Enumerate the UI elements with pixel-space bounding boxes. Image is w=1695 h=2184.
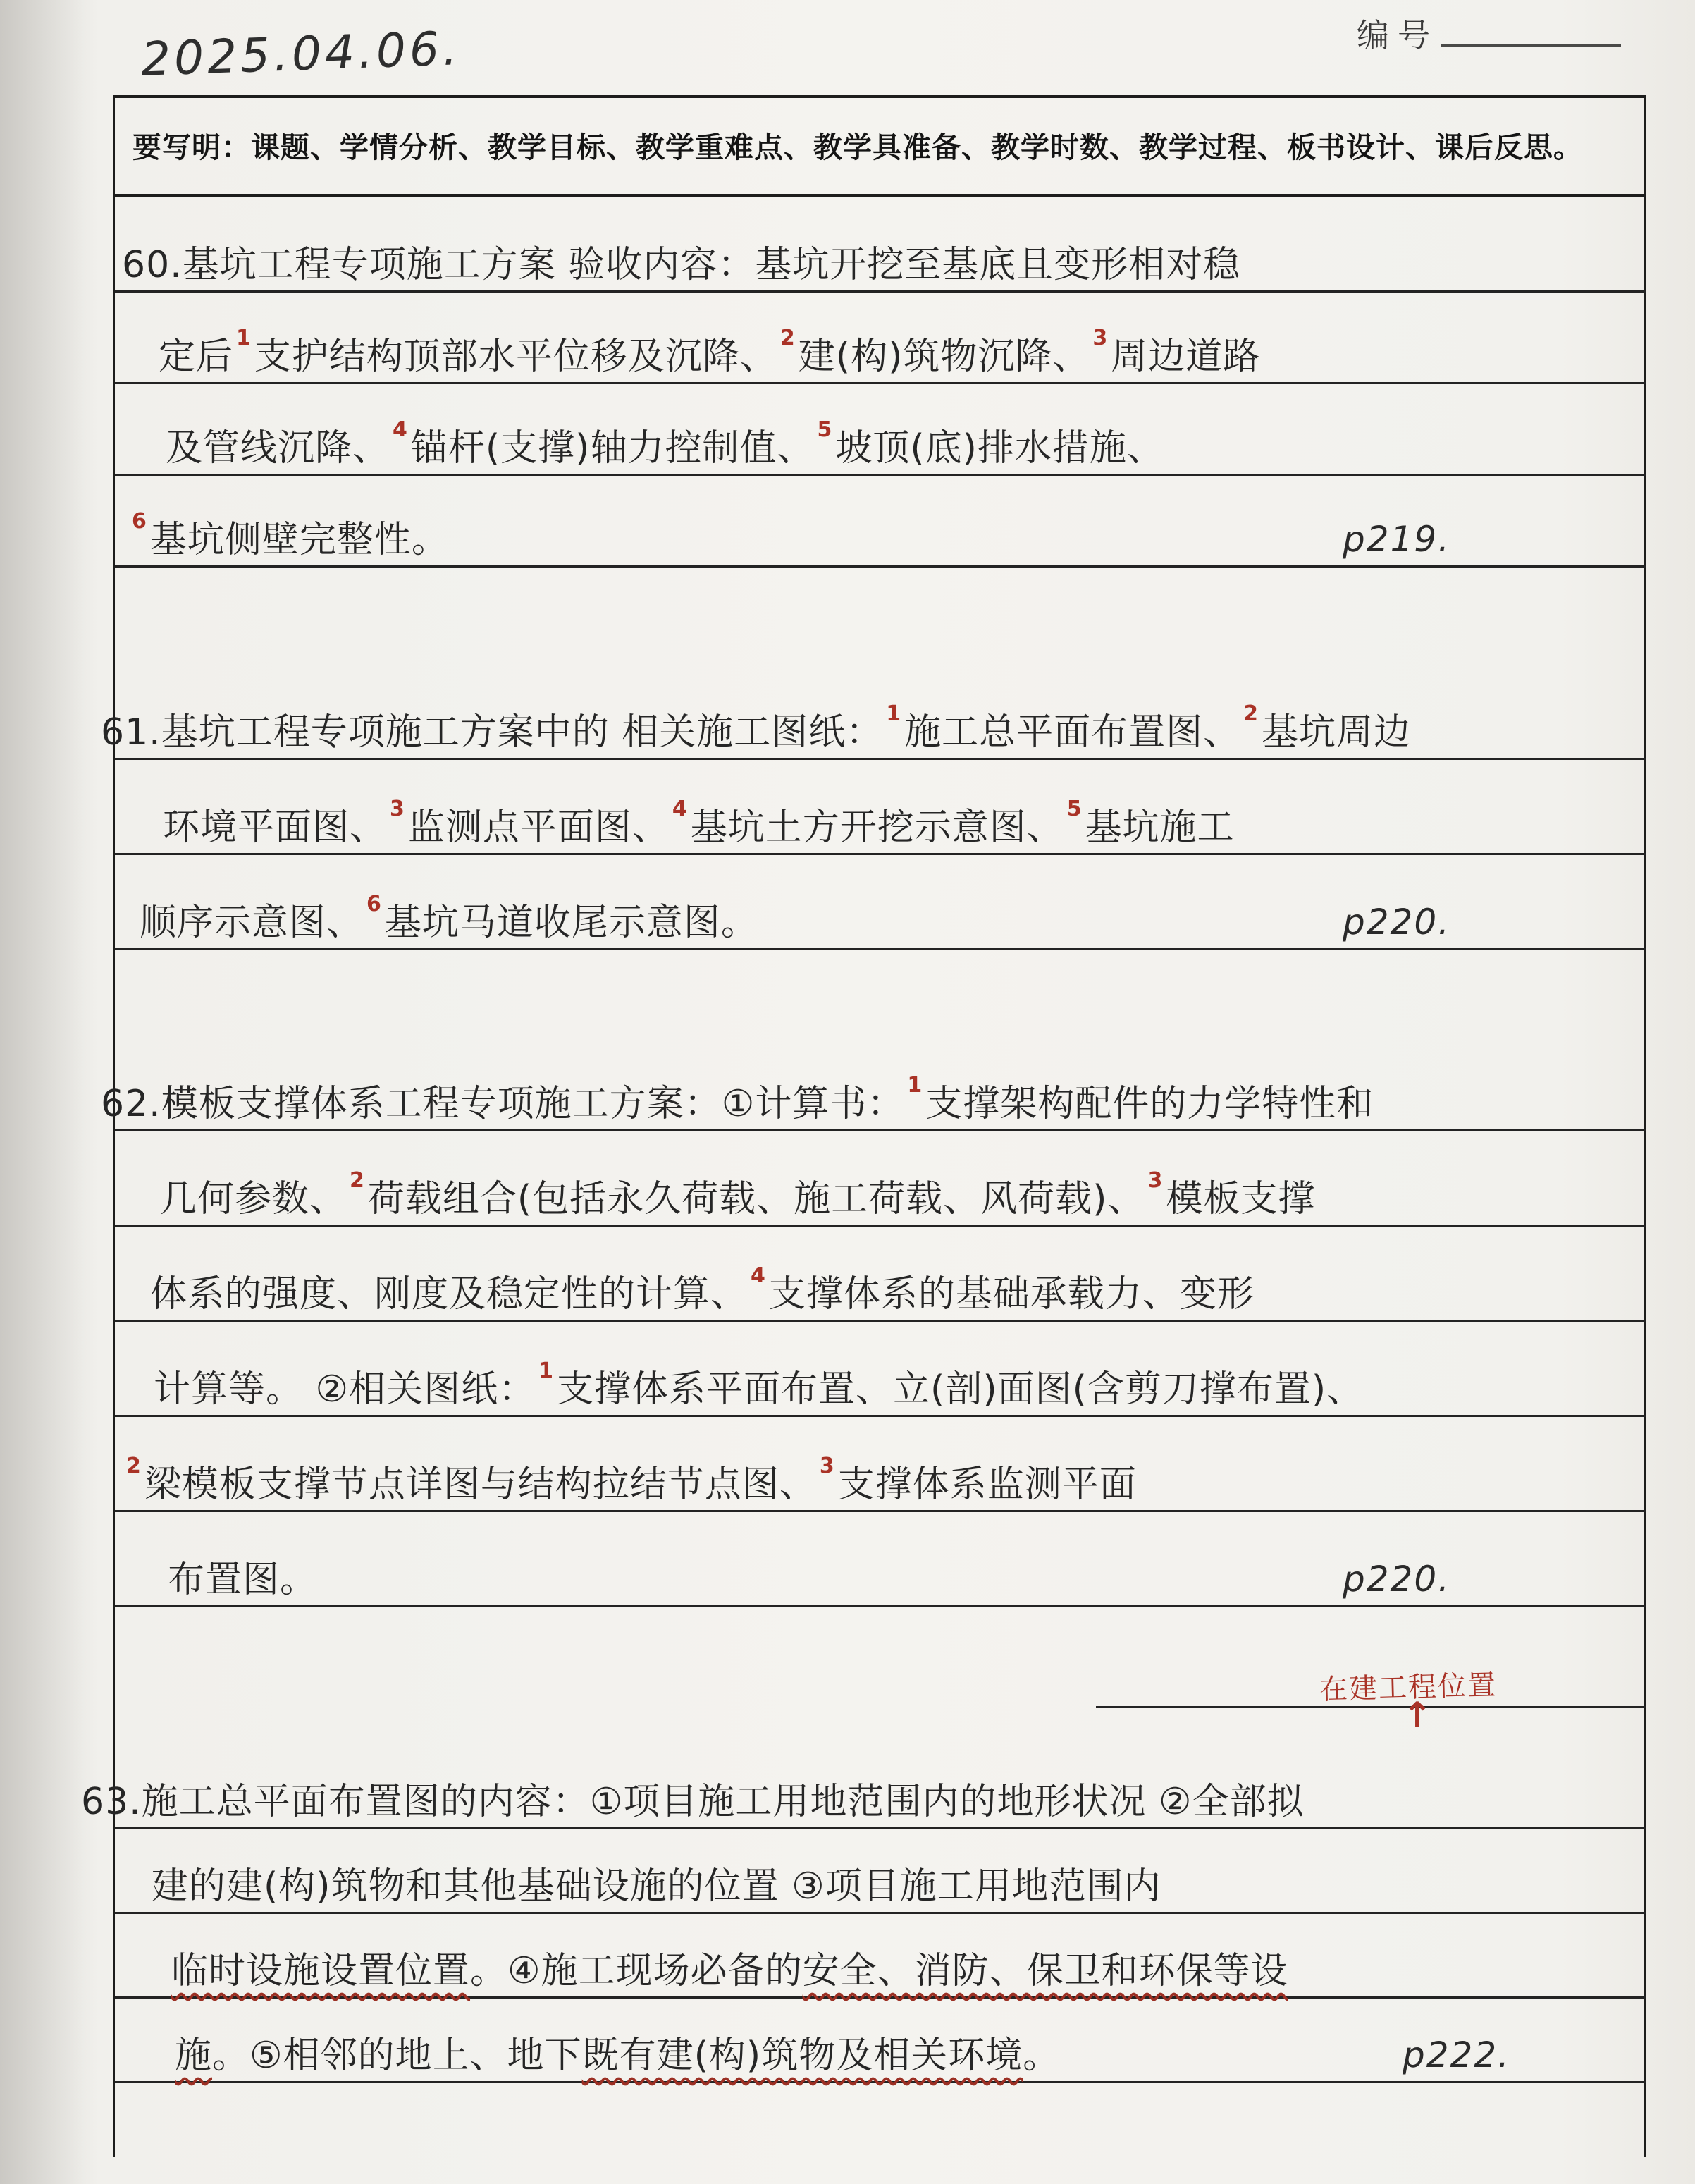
red-underlined-text: 安全、消防、保卫和环保等设 bbox=[803, 1950, 1288, 1992]
text-run: 建的建(构)筑物和其他基础设施的位置 ③项目施工用地范围内 bbox=[152, 1865, 1161, 1908]
text-run: 顺序示意图、 bbox=[140, 902, 364, 944]
text-run: 荷载组合(包括永久荷载、施工荷载、风荷载)、 bbox=[368, 1178, 1145, 1220]
handwritten-text: 及管线沉降、4锚杆(支撑)轴力控制值、5坡顶(底)排水措施、 bbox=[166, 418, 1164, 471]
note-62-line-2: 几何参数、2荷载组合(包括永久荷载、施工荷载、风荷载)、3模板支撑 bbox=[115, 1148, 1646, 1227]
note-61-line-3: 顺序示意图、6基坑马道收尾示意图。p220. bbox=[115, 871, 1646, 950]
red-superscript-number: 6 bbox=[132, 509, 147, 534]
note-62-line-5: 2梁模板支撑节点详图与结构拉结节点图、3支撑体系监测平面 bbox=[115, 1433, 1646, 1512]
page-reference: p220. bbox=[1343, 1559, 1450, 1600]
text-run: 计算等。 ②相关图纸： bbox=[154, 1368, 536, 1411]
text-run: 基坑侧壁完整性。 bbox=[150, 519, 449, 561]
handwritten-text: 2梁模板支撑节点详图与结构拉结节点图、3支撑体系监测平面 bbox=[123, 1454, 1137, 1507]
red-superscript-number: 2 bbox=[350, 1168, 365, 1193]
red-superscript-number: 2 bbox=[1243, 701, 1259, 726]
red-superscript-number: 2 bbox=[126, 1454, 142, 1478]
text-run: 几何参数、 bbox=[160, 1178, 347, 1220]
red-underlined-text: 施 bbox=[175, 2035, 212, 2077]
text-run: 。 bbox=[1023, 2035, 1060, 2077]
handwritten-text: 临时设施设置位置。④施工现场必备的安全、消防、保卫和环保等设 bbox=[171, 1941, 1288, 1994]
text-run: 建(构)筑物沉降、 bbox=[799, 336, 1090, 378]
handwritten-text: 顺序示意图、6基坑马道收尾示意图。 bbox=[140, 892, 758, 945]
red-up-arrow: ↑ bbox=[1403, 1695, 1432, 1736]
red-superscript-number: 5 bbox=[1067, 797, 1083, 821]
text-run: 基坑马道收尾示意图。 bbox=[385, 902, 758, 944]
text-run: 支撑体系的基础承载力、变形 bbox=[769, 1273, 1255, 1315]
red-superscript-number: 1 bbox=[538, 1358, 554, 1383]
text-run: 。④施工现场必备的 bbox=[470, 1950, 803, 1992]
text-run: 环境平面图、 bbox=[163, 806, 387, 849]
handwritten-text: 布置图。 bbox=[168, 1550, 317, 1602]
red-superscript-number: 2 bbox=[780, 326, 796, 350]
text-run: 61.基坑工程专项施工方案中的 相关施工图纸： bbox=[101, 711, 883, 754]
printed-instruction: 要写明：课题、学情分析、教学目标、教学重难点、教学具准备、教学时数、教学过程、板… bbox=[132, 124, 1583, 166]
handwritten-text: 几何参数、2荷载组合(包括永久荷载、施工荷载、风荷载)、3模板支撑 bbox=[160, 1169, 1315, 1222]
note-63-line-3: 临时设施设置位置。④施工现场必备的安全、消防、保卫和环保等设 bbox=[115, 1920, 1646, 1999]
text-run: 模板支撑 bbox=[1166, 1178, 1315, 1220]
note-63-line-2: 建的建(构)筑物和其他基础设施的位置 ③项目施工用地范围内 bbox=[115, 1835, 1646, 1914]
text-run: 62.模板支撑体系工程专项施工方案：①计算书： bbox=[101, 1083, 904, 1125]
text-run: 监测点平面图、 bbox=[408, 806, 670, 849]
text-run: 定后 bbox=[159, 336, 233, 378]
scanned-notebook-page: 2025.04.06. 编号 要写明：课题、学情分析、教学目标、教学重难点、教学… bbox=[0, 0, 1695, 2184]
red-superscript-number: 5 bbox=[817, 417, 832, 442]
text-run: 支撑体系监测平面 bbox=[838, 1464, 1137, 1506]
red-superscript-number: 3 bbox=[390, 797, 405, 821]
text-run: 基坑土方开挖示意图、 bbox=[691, 806, 1064, 849]
page-reference: p222. bbox=[1403, 2035, 1510, 2075]
note-62-line-4: 计算等。 ②相关图纸：1支撑体系平面布置、立(剖)面图(含剪刀撑布置)、 bbox=[115, 1338, 1646, 1417]
text-run: 基坑周边 bbox=[1262, 711, 1411, 754]
handwritten-text: 6基坑侧壁完整性。 bbox=[129, 510, 449, 563]
serial-blank-line bbox=[1441, 13, 1621, 47]
text-run: 施工总平面布置图、 bbox=[904, 711, 1240, 754]
serial-label: 编号 bbox=[1357, 16, 1438, 54]
text-run: 布置图。 bbox=[168, 1559, 317, 1601]
handwritten-text: 定后1支护结构顶部水平位移及沉降、2建(构)筑物沉降、3周边道路 bbox=[159, 326, 1260, 379]
text-run: 支护结构顶部水平位移及沉降、 bbox=[254, 336, 777, 378]
handwritten-text: 建的建(构)筑物和其他基础设施的位置 ③项目施工用地范围内 bbox=[152, 1856, 1161, 1909]
note-61-line-2: 环境平面图、3监测点平面图、4基坑土方开挖示意图、5基坑施工 bbox=[115, 776, 1646, 855]
note-60-line-4: 6基坑侧壁完整性。p219. bbox=[115, 489, 1646, 568]
text-run: 63.施工总平面布置图的内容：①项目施工用地范围内的地形状况 ②全部拟 bbox=[81, 1781, 1304, 1823]
note-62-line-3: 体系的强度、刚度及稳定性的计算、4支撑体系的基础承载力、变形 bbox=[115, 1243, 1646, 1322]
handwritten-text: 计算等。 ②相关图纸：1支撑体系平面布置、立(剖)面图(含剪刀撑布置)、 bbox=[154, 1359, 1364, 1412]
red-superscript-number: 1 bbox=[886, 701, 901, 726]
text-run: 坡顶(底)排水措施、 bbox=[835, 427, 1164, 470]
red-underlined-text: 临时设施设置位置 bbox=[171, 1950, 470, 1992]
note-60-line-3: 及管线沉降、4锚杆(支撑)轴力控制值、5坡顶(底)排水措施、 bbox=[115, 397, 1646, 476]
handwritten-text: 施。⑤相邻的地上、地下既有建(构)筑物及相关环境。 bbox=[175, 2025, 1060, 2078]
handwritten-date: 2025.04.06. bbox=[140, 21, 462, 87]
partial-rule-line bbox=[1096, 1706, 1646, 1708]
text-run: 体系的强度、刚度及稳定性的计算、 bbox=[150, 1273, 748, 1315]
text-run: 及管线沉降、 bbox=[166, 427, 390, 470]
red-superscript-number: 3 bbox=[1092, 326, 1108, 350]
handwritten-text: 环境平面图、3监测点平面图、4基坑土方开挖示意图、5基坑施工 bbox=[163, 797, 1235, 850]
form-header-box: 要写明：课题、学情分析、教学目标、教学重难点、教学具准备、教学时数、教学过程、板… bbox=[113, 95, 1646, 197]
note-60-line-1: 60.基坑工程专项施工方案 验收内容：基坑开挖至基底且变形相对稳 bbox=[115, 214, 1646, 293]
handwritten-text: 61.基坑工程专项施工方案中的 相关施工图纸：1施工总平面布置图、2基坑周边 bbox=[101, 702, 1411, 755]
serial-number-field: 编号 bbox=[1357, 10, 1621, 56]
text-run: 周边道路 bbox=[1111, 336, 1260, 378]
note-61-line-1: 61.基坑工程专项施工方案中的 相关施工图纸：1施工总平面布置图、2基坑周边 bbox=[115, 681, 1646, 760]
text-run: 支撑体系平面布置、立(剖)面图(含剪刀撑布置)、 bbox=[557, 1368, 1364, 1411]
red-superscript-number: 1 bbox=[907, 1073, 923, 1098]
note-60-line-2: 定后1支护结构顶部水平位移及沉降、2建(构)筑物沉降、3周边道路 bbox=[115, 305, 1646, 384]
red-superscript-number: 3 bbox=[1147, 1168, 1163, 1193]
text-run: 梁模板支撑节点详图与结构拉结节点图、 bbox=[144, 1464, 817, 1506]
handwritten-text: 63.施工总平面布置图的内容：①项目施工用地范围内的地形状况 ②全部拟 bbox=[81, 1772, 1304, 1824]
note-62-line-6: 布置图。p220. bbox=[115, 1528, 1646, 1607]
text-run: 锚杆(支撑)轴力控制值、 bbox=[411, 427, 815, 470]
handwritten-text: 体系的强度、刚度及稳定性的计算、4支撑体系的基础承载力、变形 bbox=[150, 1264, 1255, 1317]
note-62-line-1: 62.模板支撑体系工程专项施工方案：①计算书：1支撑架构配件的力学特性和 bbox=[115, 1053, 1646, 1131]
red-superscript-number: 1 bbox=[236, 326, 252, 350]
red-superscript-number: 4 bbox=[672, 797, 688, 821]
text-run: 。⑤相邻的地上、地下 bbox=[212, 2035, 582, 2077]
handwritten-text: 62.模板支撑体系工程专项施工方案：①计算书：1支撑架构配件的力学特性和 bbox=[101, 1074, 1374, 1127]
scan-edge-shadow bbox=[0, 0, 99, 2184]
note-63-line-4: 施。⑤相邻的地上、地下既有建(构)筑物及相关环境。p222. bbox=[115, 2004, 1646, 2083]
red-underlined-text: 既有建(构)筑物及相关环境 bbox=[582, 2035, 1023, 2077]
text-run: 60.基坑工程专项施工方案 验收内容：基坑开挖至基底且变形相对稳 bbox=[122, 244, 1240, 286]
text-run: 支撑架构配件的力学特性和 bbox=[925, 1083, 1374, 1125]
page-reference: p220. bbox=[1343, 902, 1450, 943]
red-superscript-number: 3 bbox=[820, 1454, 835, 1478]
red-superscript-number: 4 bbox=[751, 1263, 766, 1288]
handwritten-text: 60.基坑工程专项施工方案 验收内容：基坑开挖至基底且变形相对稳 bbox=[122, 235, 1240, 288]
red-superscript-number: 4 bbox=[393, 417, 408, 442]
page-reference: p219. bbox=[1343, 519, 1450, 560]
text-run: 基坑施工 bbox=[1085, 806, 1235, 849]
red-superscript-number: 6 bbox=[366, 892, 382, 916]
note-63-line-1: 63.施工总平面布置图的内容：①项目施工用地范围内的地形状况 ②全部拟 bbox=[115, 1750, 1646, 1829]
